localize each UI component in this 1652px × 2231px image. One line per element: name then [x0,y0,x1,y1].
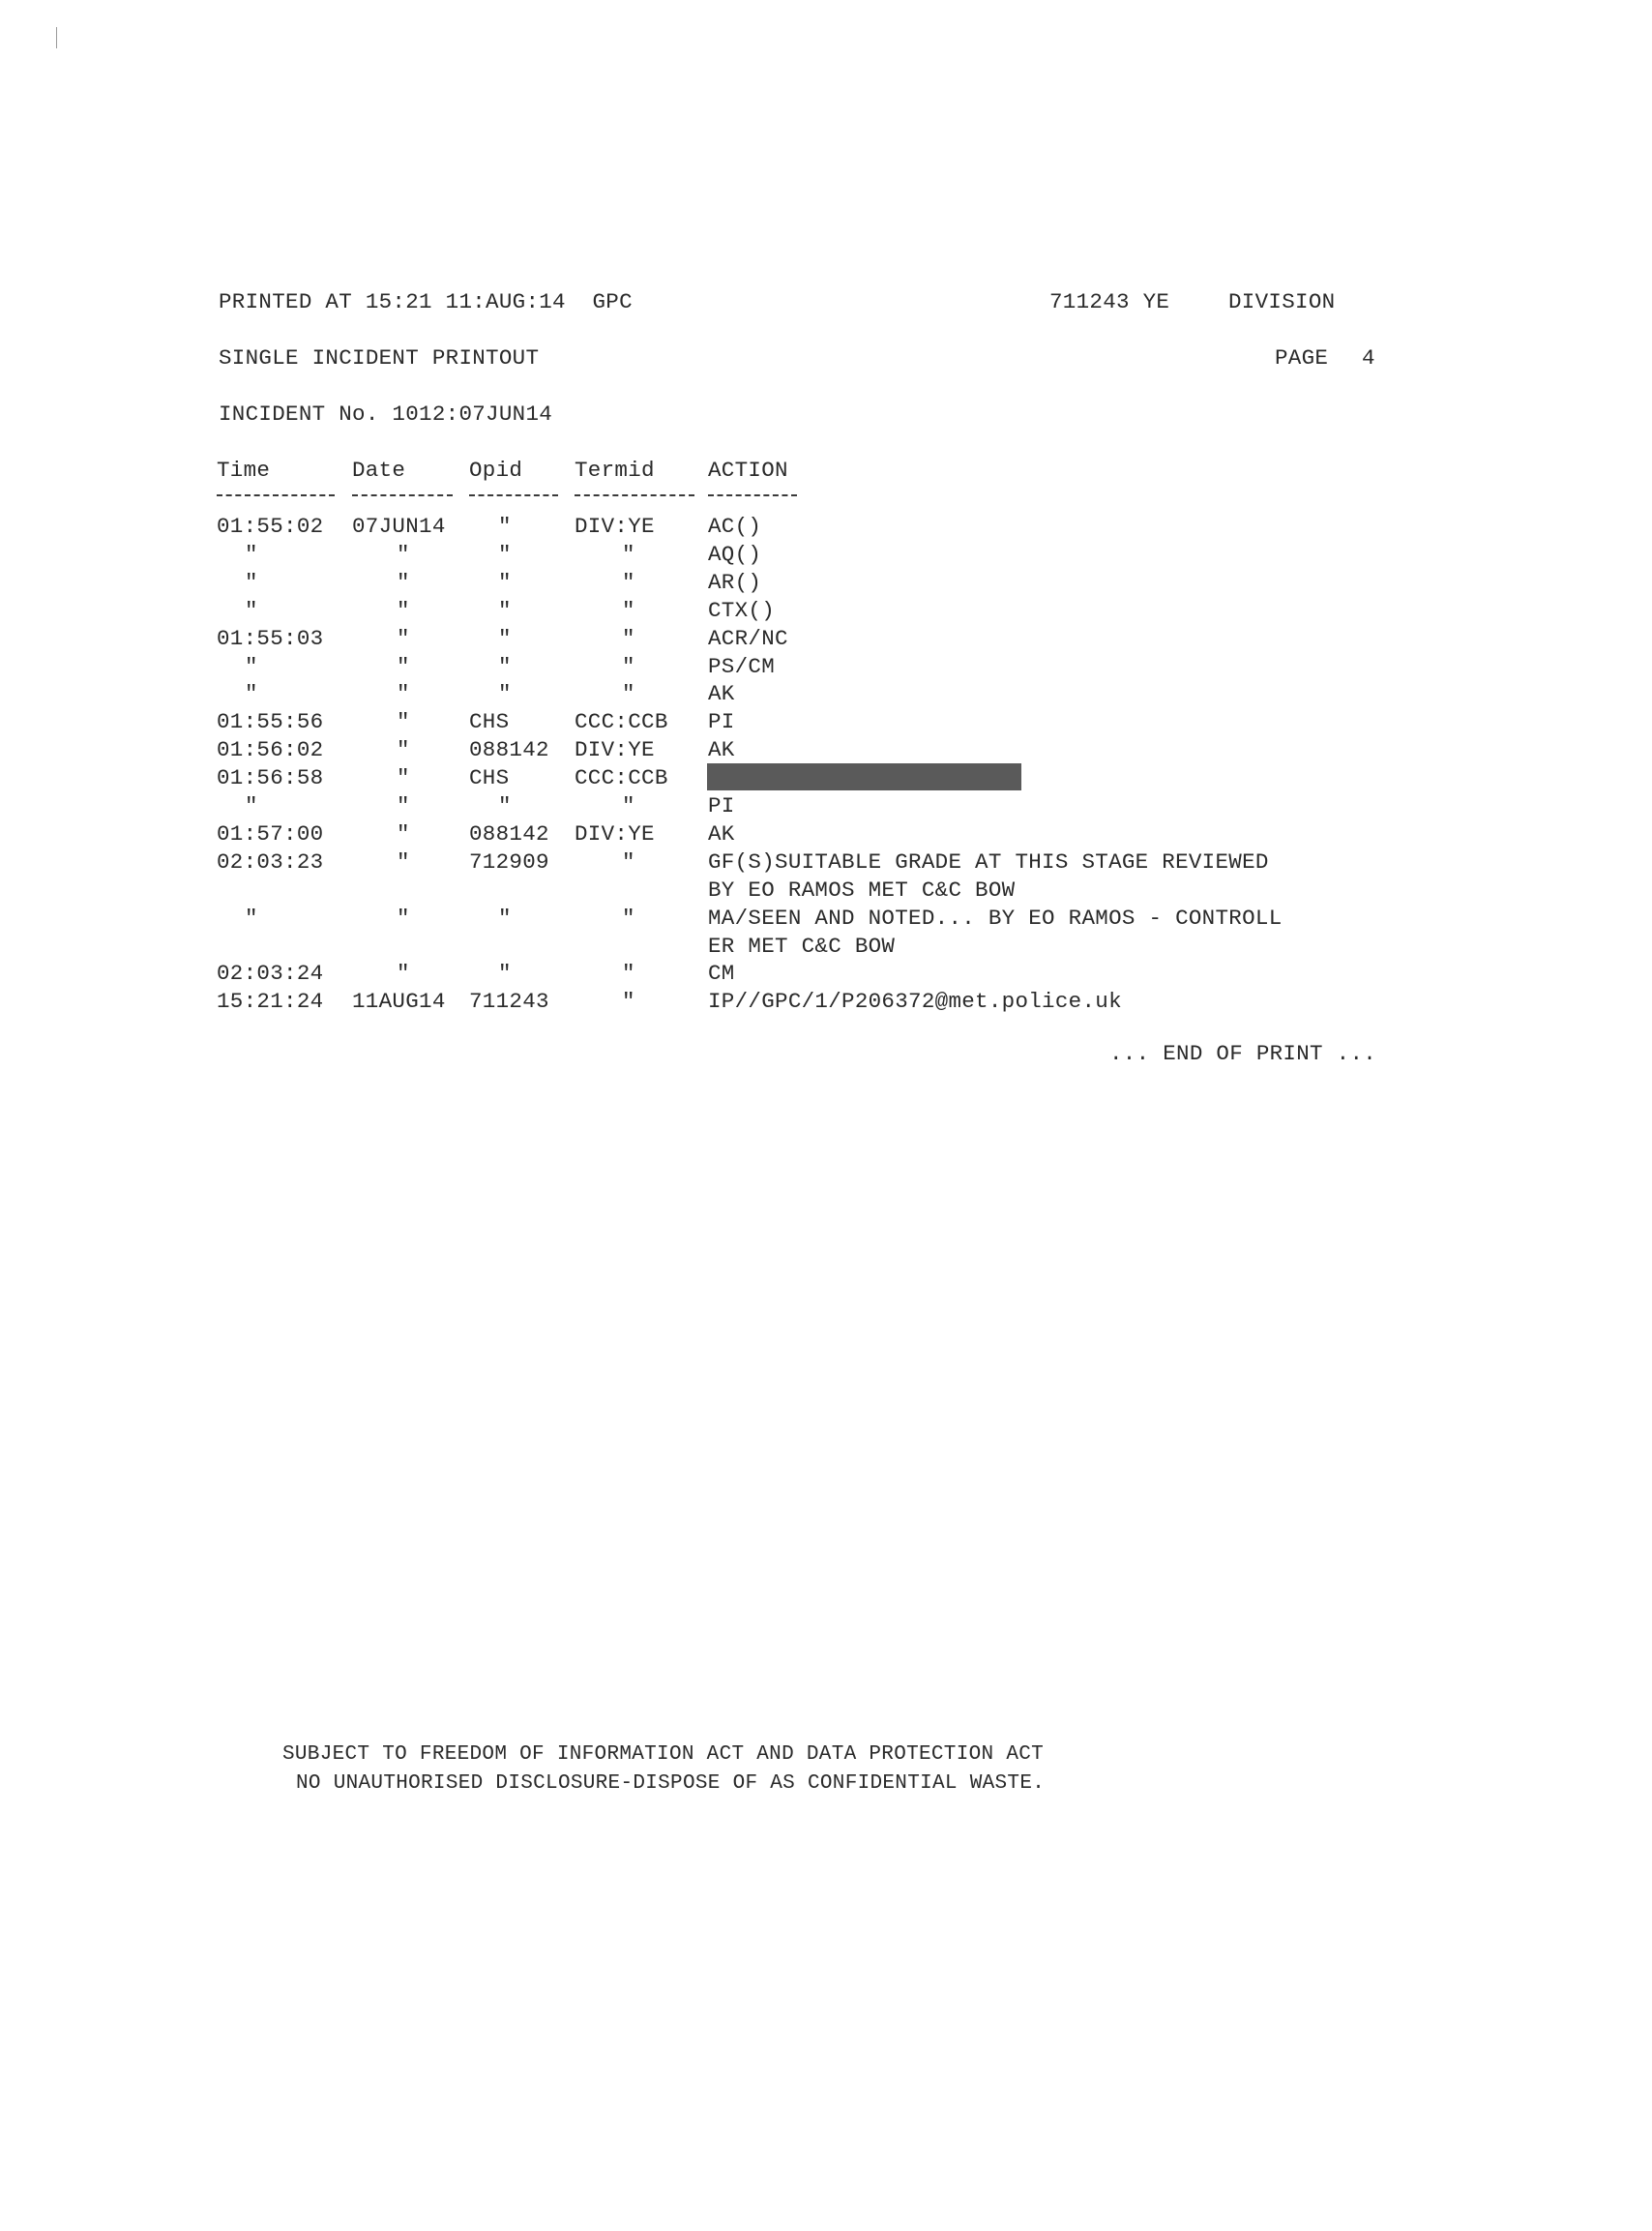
cell-action: BY EO RAMOS MET C&C BOW [708,879,1015,902]
cell-opid: " [498,683,512,705]
cell-date: " [397,628,410,650]
cell-date: 11AUG14 [352,991,446,1013]
cell-date: " [397,767,410,789]
cell-termid: " [622,544,635,566]
disclaimer-line-2: NO UNAUTHORISED DISCLOSURE-DISPOSE OF AS… [296,1773,1045,1794]
cell-date: 07JUN14 [352,516,446,538]
cell-opid: 088142 [469,823,549,846]
cell-opid: " [498,628,512,650]
cell-time: " [245,683,258,705]
end-of-print: ... END OF PRINT ... [1109,1043,1376,1065]
cell-date: " [397,656,410,678]
cell-termid: " [622,795,635,818]
cell-date: " [397,544,410,566]
cell-termid: " [622,851,635,874]
cell-date: " [397,572,410,594]
operator-id: 711243 YE [1049,291,1169,313]
cell-action: AC() [708,516,761,538]
cell-action: IP//GPC/1/P206372@met.police.uk [708,991,1122,1013]
cell-time: 01:56:02 [217,739,323,761]
cell-action: PS/CM [708,656,775,678]
cell-termid: " [622,600,635,622]
cell-time: " [245,656,258,678]
cell-opid: " [498,907,512,930]
cell-opid: 088142 [469,739,549,761]
cell-opid: " [498,516,512,538]
cell-date: " [397,795,410,818]
cell-termid: DIV:YE [575,516,655,538]
header-underline [469,494,558,497]
cell-termid: " [622,963,635,985]
cell-time: 01:55:02 [217,516,323,538]
cell-time: 01:57:00 [217,823,323,846]
cell-action: PI [708,795,735,818]
header-underline [217,494,335,497]
cell-action: CTX() [708,600,775,622]
cell-time: 01:55:03 [217,628,323,650]
cell-opid: " [498,544,512,566]
column-header-action: ACTION [708,460,788,482]
cell-date: " [397,683,410,705]
cell-opid: " [498,963,512,985]
cell-termid: " [622,628,635,650]
cell-opid: " [498,656,512,678]
cell-opid: 712909 [469,851,549,874]
cell-opid: CHS [469,711,509,733]
cell-action: PI [708,711,735,733]
column-header-opid: Opid [469,460,522,482]
cell-date: " [397,739,410,761]
column-header-termid: Termid [575,460,655,482]
cell-date: " [397,600,410,622]
cell-termid: " [622,991,635,1013]
cell-action: AR() [708,572,761,594]
cell-date: " [397,963,410,985]
column-header-time: Time [217,460,270,482]
scan-mark [56,27,57,48]
header-underline [352,494,453,497]
cell-termid: " [622,572,635,594]
column-header-date: Date [352,460,405,482]
cell-time: " [245,907,258,930]
printed-at: PRINTED AT 15:21 11:AUG:14 GPC [219,291,633,313]
cell-time: 01:56:58 [217,767,323,789]
cell-time: " [245,795,258,818]
disclaimer-line-1: SUBJECT TO FREEDOM OF INFORMATION ACT AN… [282,1744,1044,1765]
header-underline [708,494,797,497]
cell-termid: DIV:YE [575,739,655,761]
cell-termid: CCC:CCB [575,711,668,733]
cell-action: AK [708,683,735,705]
cell-time: " [245,544,258,566]
redaction-bar [707,763,1021,790]
cell-date: " [397,711,410,733]
cell-action: AQ() [708,544,761,566]
cell-date: " [397,907,410,930]
document-title: SINGLE INCIDENT PRINTOUT [219,347,539,370]
cell-opid: " [498,600,512,622]
cell-termid: CCC:CCB [575,767,668,789]
page-label: PAGE [1275,347,1328,370]
cell-time: 01:55:56 [217,711,323,733]
cell-time: 15:21:24 [217,991,323,1013]
cell-action: ER MET C&C BOW [708,936,895,958]
cell-time: " [245,600,258,622]
incident-number: INCIDENT No. 1012:07JUN14 [219,403,552,426]
cell-action: AK [708,823,735,846]
cell-opid: 711243 [469,991,549,1013]
cell-termid: " [622,683,635,705]
cell-termid: DIV:YE [575,823,655,846]
division-label: DIVISION [1228,291,1335,313]
cell-time: " [245,572,258,594]
cell-action: GF(S)SUITABLE GRADE AT THIS STAGE REVIEW… [708,851,1269,874]
cell-action: AK [708,739,735,761]
cell-action: ACR/NC [708,628,788,650]
cell-time: 02:03:24 [217,963,323,985]
cell-time: 02:03:23 [217,851,323,874]
cell-date: " [397,823,410,846]
page-number: 4 [1362,347,1375,370]
cell-opid: " [498,572,512,594]
cell-termid: " [622,656,635,678]
cell-opid: CHS [469,767,509,789]
cell-opid: " [498,795,512,818]
cell-action: MA/SEEN AND NOTED... BY EO RAMOS - CONTR… [708,907,1283,930]
cell-date: " [397,851,410,874]
cell-termid: " [622,907,635,930]
header-underline [575,494,694,497]
cell-action: CM [708,963,735,985]
